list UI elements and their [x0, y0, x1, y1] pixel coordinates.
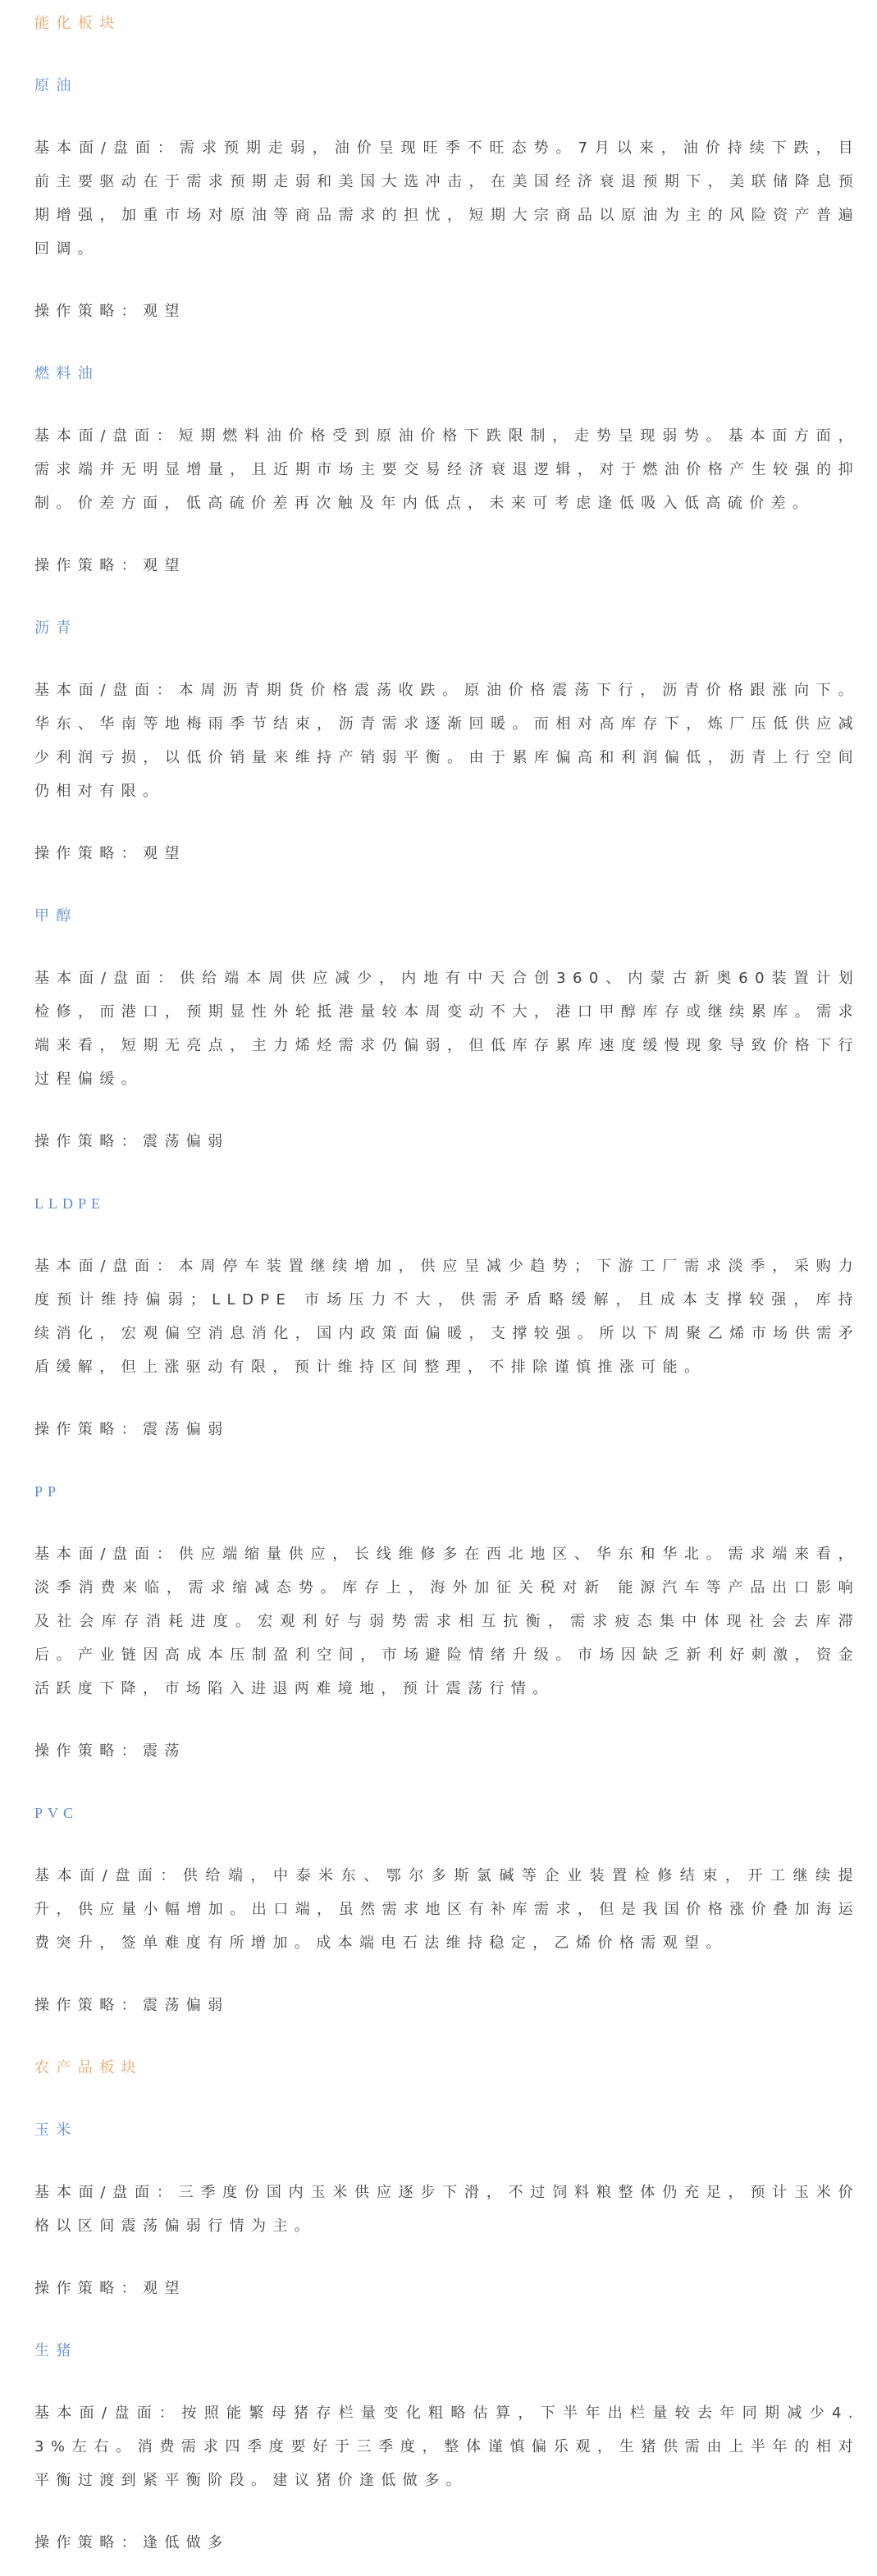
item-title-live-hog: 生猪 — [34, 2334, 860, 2368]
article-body: 能化板块 原油 基本面/盘面：需求预期走弱，油价呈现旺季不旺态势。7月以来，油价… — [0, 0, 877, 2576]
strategy-lldpe: 操作策略：震荡偏弱 — [34, 1413, 860, 1446]
sector-title-energy-chemical: 能化板块 — [34, 7, 860, 40]
strategy-pvc: 操作策略：震荡偏弱 — [34, 1989, 860, 2022]
strategy-crude-oil: 操作策略：观望 — [34, 295, 860, 328]
strategy-methanol: 操作策略：震荡偏弱 — [34, 1125, 860, 1158]
fundamentals-pvc: 基本面/盘面：供给端，中泰米东、鄂尔多斯氯碱等企业装置检修结束，开工继续提升，供… — [34, 1859, 860, 1960]
strategy-live-hog: 操作策略：逢低做多 — [34, 2526, 860, 2560]
fundamentals-corn: 基本面/盘面：三季度份国内玉米供应逐步下滑，不过饲料粮整体仍充足，预计玉米价格以… — [34, 2176, 860, 2243]
fundamentals-asphalt: 基本面/盘面：本周沥青期货价格震荡收跌。原油价格震荡下行，沥青价格跟涨向下。华东… — [34, 674, 860, 808]
fundamentals-lldpe: 基本面/盘面：本周停车装置继续增加，供应呈减少趋势；下游工厂需求淡季，采购力度预… — [34, 1249, 860, 1384]
fundamentals-live-hog: 基本面/盘面：按照能繁母猪存栏量变化粗略估算，下半年出栏量较去年同期减少4.3%… — [34, 2396, 860, 2497]
fundamentals-fuel-oil: 基本面/盘面：短期燃料油价格受到原油价格下跌限制，走势呈现弱势。基本面方面，需求… — [34, 419, 860, 520]
strategy-fuel-oil: 操作策略：观望 — [34, 549, 860, 582]
strategy-asphalt: 操作策略：观望 — [34, 837, 860, 870]
item-title-lldpe: LLDPE — [34, 1187, 860, 1221]
item-title-corn: 玉米 — [34, 2113, 860, 2147]
fundamentals-crude-oil: 基本面/盘面：需求预期走弱，油价呈现旺季不旺态势。7月以来，油价持续下跌，目前主… — [34, 131, 860, 266]
item-title-pp: PP — [34, 1475, 860, 1509]
sector-title-agriculture: 农产品板块 — [34, 2051, 860, 2085]
item-title-fuel-oil: 燃料油 — [34, 357, 860, 391]
strategy-corn: 操作策略：观望 — [34, 2272, 860, 2305]
fundamentals-methanol: 基本面/盘面：供给端本周供应减少，内地有中天合创360、内蒙古新奥60装置计划检… — [34, 961, 860, 1096]
item-title-pvc: PVC — [34, 1797, 860, 1830]
fundamentals-pp: 基本面/盘面：供应端缩量供应，长线维修多在西北地区、华东和华北。需求端来看，淡季… — [34, 1537, 860, 1706]
item-title-methanol: 甲醇 — [34, 899, 860, 933]
strategy-pp: 操作策略：震荡 — [34, 1734, 860, 1768]
item-title-crude-oil: 原油 — [34, 69, 860, 103]
item-title-asphalt: 沥青 — [34, 611, 860, 645]
